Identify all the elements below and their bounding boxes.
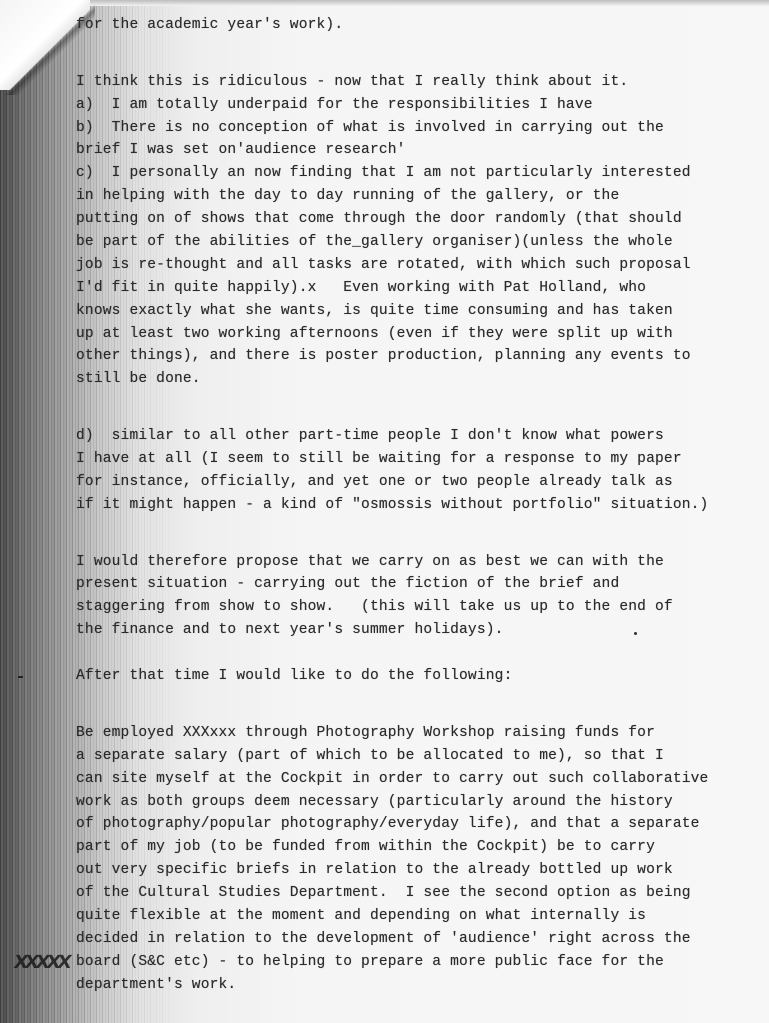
text-line: up at least two working afternoons (even… bbox=[76, 323, 766, 346]
text-line: department's work. bbox=[76, 974, 766, 997]
margin-tick bbox=[18, 676, 23, 678]
text-line: part of my job (to be funded from within… bbox=[76, 836, 766, 859]
text-line: for instance, officially, and yet one or… bbox=[76, 471, 766, 494]
paragraph-after: After that time I would like to do the f… bbox=[76, 665, 766, 688]
text-line: I think this is ridiculous - now that I … bbox=[76, 71, 766, 94]
paragraph-plan: Be employed XXXxxx through Photography W… bbox=[76, 722, 766, 997]
list-item-b: b) There is no conception of what is inv… bbox=[76, 117, 766, 140]
text-line: putting on of shows that come through th… bbox=[76, 208, 766, 231]
text-line: I have at all (I seem to still be waitin… bbox=[76, 448, 766, 471]
text-line: work as both groups deem necessary (part… bbox=[76, 791, 766, 814]
paragraph-complaint: I think this is ridiculous - now that I … bbox=[76, 71, 766, 391]
paragraph-point-d: d) similar to all other part-time people… bbox=[76, 425, 766, 517]
text-line: in helping with the day to day running o… bbox=[76, 185, 766, 208]
text-line: After that time I would like to do the f… bbox=[76, 665, 766, 688]
text-line: Be employed XXXxxx through Photography W… bbox=[76, 722, 766, 745]
text-line: board (S&C etc) - to helping to prepare … bbox=[76, 951, 766, 974]
text-line: I'd fit in quite happily).x Even working… bbox=[76, 277, 766, 300]
list-item-d: d) similar to all other part-time people… bbox=[76, 425, 766, 448]
text-line: job is re-thought and all tasks are rota… bbox=[76, 254, 766, 277]
paragraph-proposal: I would therefore propose that we carry … bbox=[76, 551, 766, 643]
document-page: for the academic year's work). I think t… bbox=[0, 0, 769, 1023]
text-line: be part of the abilities of the_gallery … bbox=[76, 231, 766, 254]
text-line: staggering from show to show. (this will… bbox=[76, 596, 766, 619]
list-item-a: a) I am totally underpaid for the respon… bbox=[76, 94, 766, 117]
text-line: of the Cultural Studies Department. I se… bbox=[76, 882, 766, 905]
text-line: still be done. bbox=[76, 368, 766, 391]
text-line: for the academic year's work). bbox=[76, 14, 766, 37]
text-line: can site myself at the Cockpit in order … bbox=[76, 768, 766, 791]
text-line: present situation - carrying out the fic… bbox=[76, 573, 766, 596]
typewritten-text: for the academic year's work). I think t… bbox=[76, 14, 766, 997]
text-line: quite flexible at the moment and dependi… bbox=[76, 905, 766, 928]
margin-scribble: XXXXX bbox=[12, 952, 96, 974]
text-line: out very specific briefs in relation to … bbox=[76, 859, 766, 882]
page-top-edge bbox=[80, 0, 769, 6]
list-item-c: c) I personally an now finding that I am… bbox=[76, 162, 766, 185]
text-line: other things), and there is poster produ… bbox=[76, 345, 766, 368]
text-line: of photography/popular photography/every… bbox=[76, 813, 766, 836]
stray-mark bbox=[634, 632, 637, 635]
text-line: the finance and to next year's summer ho… bbox=[76, 619, 766, 642]
text-line: brief I was set on'audience research' bbox=[76, 139, 766, 162]
text-line: knows exactly what she wants, is quite t… bbox=[76, 300, 766, 323]
text-line: I would therefore propose that we carry … bbox=[76, 551, 766, 574]
text-line: a separate salary (part of which to be a… bbox=[76, 745, 766, 768]
text-line: decided in relation to the development o… bbox=[76, 928, 766, 951]
text-line: if it might happen - a kind of "osmossis… bbox=[76, 494, 766, 517]
paragraph-opening: for the academic year's work). bbox=[76, 14, 766, 37]
